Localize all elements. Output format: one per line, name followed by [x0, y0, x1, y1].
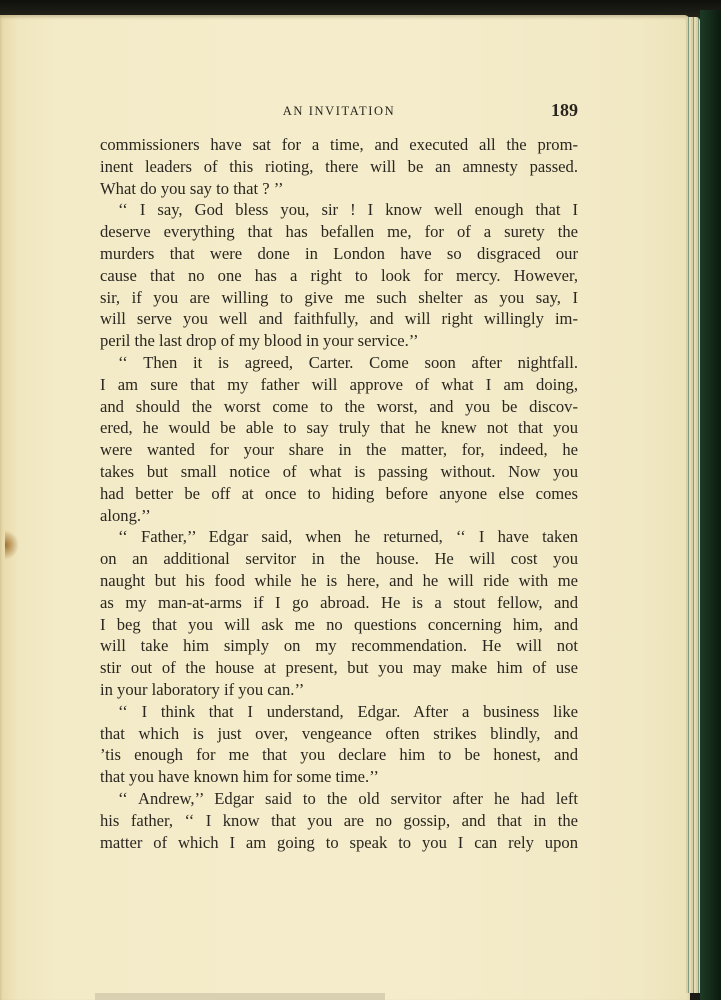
text-line: I am sure that my father will approve of… [100, 374, 578, 396]
text-line: on an additional servitor in the house. … [100, 548, 578, 570]
page-stack-edge [686, 17, 700, 993]
text-line: ‘‘ Then it is agreed, Carter. Come soon … [100, 352, 578, 374]
text-line: deserve everything that has befallen me,… [100, 221, 578, 243]
text-line: ‘‘ Andrew,’’ Edgar said to the old servi… [100, 788, 578, 810]
page-number: 189 [551, 100, 578, 121]
text-line: ered, he would be able to say truly that… [100, 417, 578, 439]
text-line: commissioners have sat for a time, and e… [100, 134, 578, 156]
text-line: inent leaders of this rioting, there wil… [100, 156, 578, 178]
text-line: naught but his food while he is here, an… [100, 570, 578, 592]
text-line: ‘‘ Father,’’ Edgar said, when he returne… [100, 526, 578, 548]
running-title: AN INVITATION [100, 104, 578, 119]
text-line: ‘‘ I think that I understand, Edgar. Aft… [100, 701, 578, 723]
text-line: that you have known him for some time.’’ [100, 766, 578, 788]
text-line: peril the last drop of my blood in your … [100, 330, 578, 352]
text-line: ‘‘ I say, God bless you, sir ! I know we… [100, 199, 578, 221]
text-line: murders that were done in London have so… [100, 243, 578, 265]
body-text: commissioners have sat for a time, and e… [100, 134, 578, 853]
book-cover-edge [700, 10, 721, 1000]
text-line: I beg that you will ask me no questions … [100, 614, 578, 636]
text-line: in your laboratory if you can.’’ [100, 679, 578, 701]
text-line: and should the worst come to the worst, … [100, 396, 578, 418]
text-line: will serve you well and faithfully, and … [100, 308, 578, 330]
text-line: cause that no one has a right to look fo… [100, 265, 578, 287]
text-line: stir out of the house at present, but yo… [100, 657, 578, 679]
text-line: matter of which I am going to speak to y… [100, 832, 578, 854]
text-line: What do you say to that ? ’’ [100, 178, 578, 200]
text-line: that which is just over, vengeance often… [100, 723, 578, 745]
text-line: along.’’ [100, 505, 578, 527]
text-line: will take him simply on my recommendatio… [100, 635, 578, 657]
text-line: ’tis enough for me that you declare him … [100, 744, 578, 766]
text-line: takes but small notice of what is passin… [100, 461, 578, 483]
text-line: sir, if you are willing to give me such … [100, 287, 578, 309]
binding-stain [5, 530, 19, 560]
running-head: AN INVITATION 189 [100, 100, 578, 122]
text-line: had better be off at once to hiding befo… [100, 483, 578, 505]
text-line: as my man-at-arms if I go abroad. He is … [100, 592, 578, 614]
text-line: his father, ‘‘ I know that you are no go… [100, 810, 578, 832]
bottom-page-edge [95, 993, 385, 1000]
text-line: were wanted for your share in the matter… [100, 439, 578, 461]
